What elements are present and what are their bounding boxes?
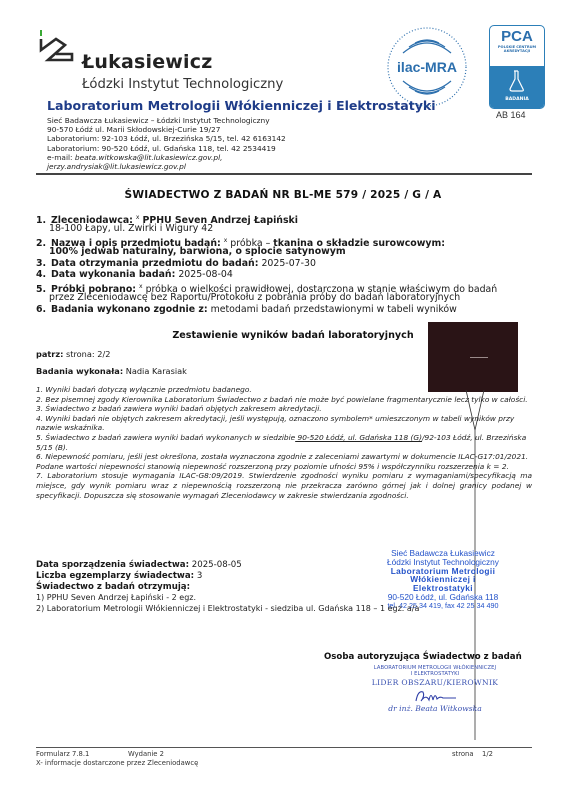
item-label: Badania wykonano zgodnie z: [51, 304, 208, 315]
email-label: e-mail: [47, 153, 75, 162]
signatory-role: LIDER OBSZARU/KIEROWNIK [360, 678, 510, 687]
note-item: 1. Wyniki badań dotyczą wyłącznie przedm… [36, 385, 532, 395]
see-page-ref: patrz: strona: 2/2 [36, 349, 110, 359]
pca-badge-label: BADANIA [490, 97, 544, 102]
lab-stamp: Sieć Badawcza Łukasiewicz Łódzki Instytu… [382, 549, 504, 611]
address-line: 90-570 Łódź ul. Marii Skłodowskiej-Curie… [47, 125, 286, 134]
item-number: 5. [36, 284, 48, 295]
note-item: 6. Niepewność pomiaru, jeśli jest określ… [36, 452, 532, 471]
item-label: Data wykonania badań: [51, 269, 175, 280]
item-received-date: 3. Data otrzymania przedmiotu do badań: … [36, 258, 316, 269]
form-number: Formularz 7.8.1 [36, 750, 89, 758]
pca-logo: PCA [490, 26, 544, 45]
lab-title: Laboratorium Metrologii Włókienniczej i … [47, 98, 436, 113]
item-number: 6. [36, 304, 48, 315]
note-item: 2. Bez pisemnej zgody Kierownika Laborat… [36, 395, 532, 405]
item-methods: 6. Badania wykonano zgodnie z: metodami … [36, 304, 457, 315]
lukasiewicz-logo-icon [38, 30, 74, 66]
client-info-marker: x [139, 283, 143, 290]
address-line: Laboratorium: 90-520 Łódź, ul. Gdańska 1… [47, 144, 286, 153]
recipients-heading: Świadectwo z badań otrzymują: [36, 582, 190, 592]
issue-date-label: Data sporządzenia świadectwa: [36, 560, 189, 570]
item-sampling-cont: przez Zleceniodawcę bez Raportu/Protokoł… [49, 292, 460, 303]
client-info-marker: x [136, 214, 140, 221]
header-divider [36, 173, 532, 175]
signatory-name: dr inż. Beata Witkowska [360, 704, 510, 713]
brand-name: Łukasiewicz [82, 51, 212, 73]
copies-value: 3 [197, 571, 202, 581]
pca-line: AKREDYTACJI [490, 49, 544, 53]
ilac-mra-logo-icon: ilac-MRA [385, 25, 469, 109]
recipient-item: 2) Laboratorium Metrologii Włókienniczej… [36, 604, 419, 614]
item-client-address: 18-100 Łapy, ul. Żwirki i Wigury 42 [49, 223, 213, 234]
see-value: strona: 2/2 [66, 349, 110, 359]
authorizing-person-title: Osoba autoryzująca Świadectwo z badań [324, 652, 522, 662]
notes-list: 1. Wyniki badań dotyczą wyłącznie przedm… [36, 385, 532, 500]
page-label: strona [452, 750, 473, 758]
svg-text:ilac-MRA: ilac-MRA [397, 59, 457, 75]
handwritten-signature-icon [412, 688, 458, 704]
address-line: Laboratorium: 92-103 Łódź, ul. Brzezińsk… [47, 134, 286, 143]
note-item: 3. Świadectwo z badań zawiera wyniki bad… [36, 404, 532, 414]
copies-count: Liczba egzemplarzy świadectwa: 3 [36, 571, 202, 581]
edition: Wydanie 2 [128, 750, 164, 758]
footer-note: X- informacje dostarczone przez Zlecenio… [36, 759, 198, 767]
email-link[interactable]: jerzy.andrysiak@lit.lukasiewicz.gov.pl [47, 162, 286, 171]
accreditation-number: AB 164 [496, 110, 526, 120]
lab-address: Sieć Badawcza Łukasiewicz – Łódzki Insty… [47, 116, 286, 171]
note-item: 4. Wyniki badań nie objętych zakresem ak… [36, 414, 532, 433]
page-number: 1/2 [482, 750, 493, 758]
item-number: 1. [36, 215, 48, 226]
flask-icon [509, 70, 525, 92]
performed-label: Badania wykonała: [36, 366, 123, 376]
client-info-marker: x [224, 237, 228, 244]
brand-subtitle: Łódzki Instytut Technologiczny [82, 77, 283, 92]
authorization-signature-block: LABORATORIUM METROLOGII WŁÓKIENNICZEJ I … [360, 665, 510, 713]
item-value: 2025-08-04 [178, 269, 232, 280]
item-number: 3. [36, 258, 48, 269]
item-subject-description: 100% jedwab naturalny, barwiona, o sploc… [49, 246, 346, 257]
certificate-title: ŚWIADECTWO Z BADAŃ NR BL-ME 579 / 2025 /… [0, 189, 566, 201]
address-line: Sieć Badawcza Łukasiewicz – Łódzki Insty… [47, 116, 286, 125]
item-number: 2. [36, 238, 48, 249]
recipient-item: 1) PPHU Seven Andrzej Łapiński - 2 egz. [36, 593, 196, 603]
item-value: metodami badań przedstawionymi w tabeli … [211, 304, 457, 315]
stamp-line: Włókienniczej i Elektrostatyki [382, 575, 504, 593]
sample-mark [470, 357, 488, 358]
signature-stamp-line: I ELEKTROSTATYKI [360, 671, 510, 677]
pca-accreditation-badge: PCA POLSKIE CENTRUM AKREDYTACJI BADANIA [489, 25, 545, 109]
performed-value: Nadia Karasiak [126, 366, 187, 376]
email-link[interactable]: beata.witkowska@lit.lukasiewicz.gov.pl, [75, 153, 223, 162]
performed-by: Badania wykonała: Nadia Karasiak [36, 366, 187, 376]
issue-date-value: 2025-08-05 [192, 560, 242, 570]
footer-divider [36, 747, 532, 748]
see-label: patrz: [36, 349, 63, 359]
item-test-date: 4. Data wykonania badań: 2025-08-04 [36, 269, 233, 280]
copies-label: Liczba egzemplarzy świadectwa: [36, 571, 194, 581]
item-value: 2025-07-30 [261, 258, 315, 269]
note-item: 7. Laboratorium stosuje wymagania ILAC-G… [36, 471, 532, 500]
note-item: 5. Świadectwo z badań zawiera wyniki bad… [36, 433, 532, 452]
recipients-label: Świadectwo z badań otrzymują: [36, 582, 190, 592]
issue-date: Data sporządzenia świadectwa: 2025-08-05 [36, 560, 242, 570]
item-number: 4. [36, 269, 48, 280]
item-label: Data otrzymania przedmiotu do badań: [51, 258, 258, 269]
